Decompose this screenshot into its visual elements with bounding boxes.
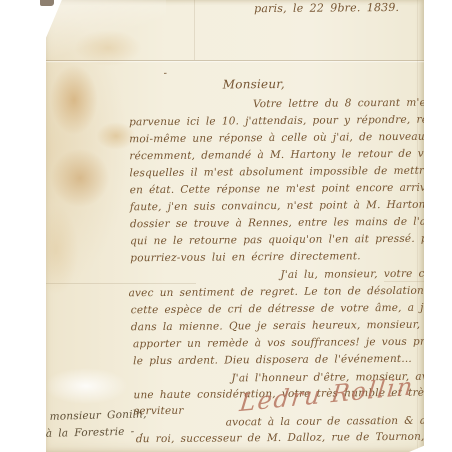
paragraph2-opening-line: J'ai lu, monsieur, votre communication [280, 267, 424, 281]
stray-ink-mark: - [164, 68, 168, 79]
handwriting-line: dans la mienne. Que je serais heureux, m… [131, 318, 424, 333]
addressee-place: à la Forestrie - . [46, 425, 144, 440]
handwriting-line: faute, j'en suis convaincu, n'est point … [130, 198, 424, 213]
handwriting-line: dossier se trouve à Rennes, entre les ma… [130, 215, 424, 230]
scanned-letter-photo: { "letter": { "date_line": "paris, le 22… [0, 0, 452, 452]
date-line: paris, le 22 9bre. 1839. [254, 1, 399, 15]
letter-paper: paris, le 22 9bre. 1839. - Monsieur, Vot… [46, 0, 424, 452]
handwriting-line: parvenue ici le 10. j'attendais, pour y … [129, 113, 424, 128]
handwriting-layer: paris, le 22 9bre. 1839. - Monsieur, Vot… [46, 0, 424, 452]
handwriting-line: moi-même une réponse à celle où j'ai, de… [129, 130, 424, 145]
handwriting-line: avec un sentiment de regret. Le ton de d… [129, 284, 424, 299]
handwriting-line: qui ne le retourne pas quoiqu'on l'en ai… [130, 232, 424, 247]
salutation: Monsieur, [223, 77, 285, 92]
handwriting-line: en état. Cette réponse ne m'est point en… [130, 181, 424, 196]
addressee-name: monsieur Gonilh, [49, 408, 146, 423]
handwriting-line: le plus ardent. Dieu disposera de l'évén… [133, 353, 412, 367]
paragraph1-opening-line: Votre lettre du 8 courant m'est [253, 97, 424, 111]
handwriting-line: lesquelles il m'est absolument impossibl… [129, 164, 424, 179]
paper-fragment-spot [40, 0, 54, 6]
handwriting-line: récemment, demandé à M. Hartony le retou… [129, 147, 424, 162]
handwriting-line: pourriez-vous lui en écrire directement. [130, 250, 361, 264]
credentials-line: du roi, successeur de M. Dalloz, rue de … [136, 430, 424, 445]
handwriting-line: cette espèce de cri de détresse de votre… [131, 301, 424, 316]
credentials-line: avocat à la cour de cassation & aux cons… [226, 414, 424, 428]
handwriting-line: apporter un remède à vos souffrances! je… [133, 335, 424, 350]
